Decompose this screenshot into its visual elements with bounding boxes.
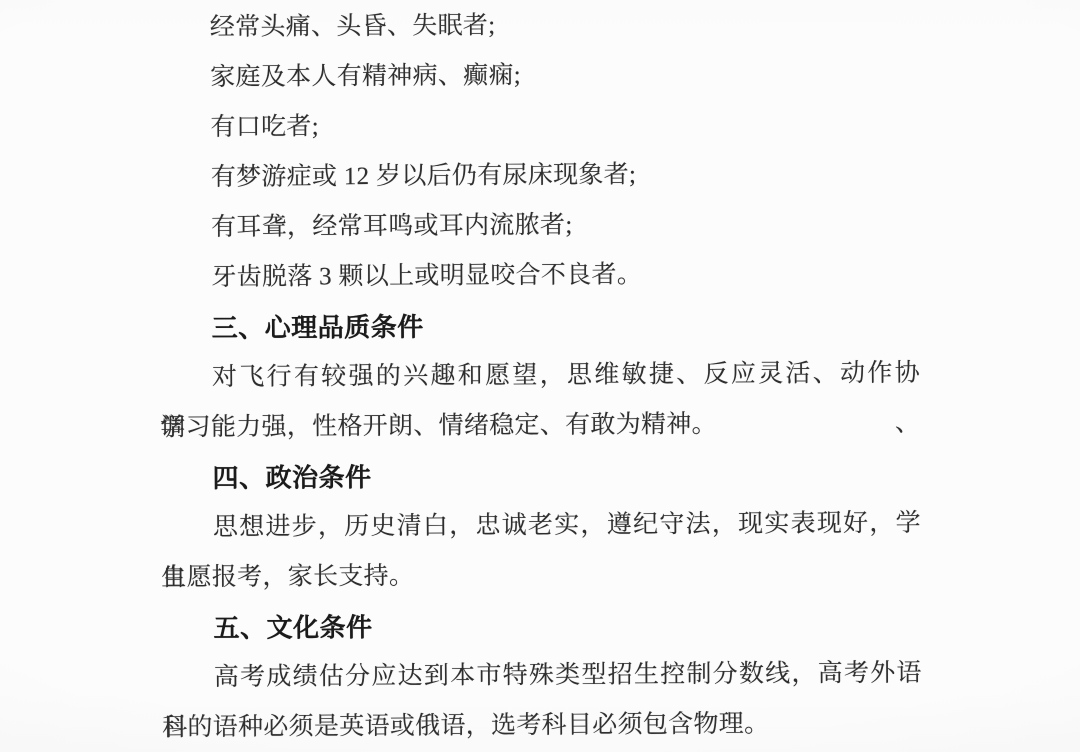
body-text-line: 目的语种必须是英语或俄语，选考科目必须包含物理。 xyxy=(162,699,922,752)
body-text-line: 有口吃者; xyxy=(158,99,918,154)
body-text-line: 高考成绩估分应达到本市特殊类型招生控制分数线，高考外语科 xyxy=(162,649,922,704)
body-text-line: 思想进步，历史清白，忠诚老实，遵纪守法，现实表现好，学生 xyxy=(161,499,921,554)
body-text-line: 家庭及本人有精神病、癫痫; xyxy=(158,49,918,104)
body-text-line: 自愿报考，家长支持。 xyxy=(161,549,921,604)
body-text-line: 牙齿脱落 3 颗以上或明显咬合不良者。 xyxy=(159,249,919,304)
body-text-line: 有梦游症或 12 岁以后仍有尿床现象者; xyxy=(159,149,919,204)
section-heading: 五、文化条件 xyxy=(161,599,921,654)
photo-of-document: { "page": { "background_color": "#fcfcfc… xyxy=(0,0,1080,752)
section-heading: 四、政治条件 xyxy=(160,449,920,504)
body-text-line: 对飞行有较强的兴趣和愿望，思维敏捷、反应灵活、动作协调、 xyxy=(160,349,920,404)
body-text-line: 经常头痛、头昏、失眠者; xyxy=(158,0,918,53)
document-page: 经常头痛、头昏、失眠者;家庭及本人有精神病、癫痫;有口吃者;有梦游症或 12 岁… xyxy=(158,0,923,752)
section-heading: 三、心理品质条件 xyxy=(160,299,920,354)
body-text-line: 有耳聋，经常耳鸣或耳内流脓者; xyxy=(159,199,919,254)
